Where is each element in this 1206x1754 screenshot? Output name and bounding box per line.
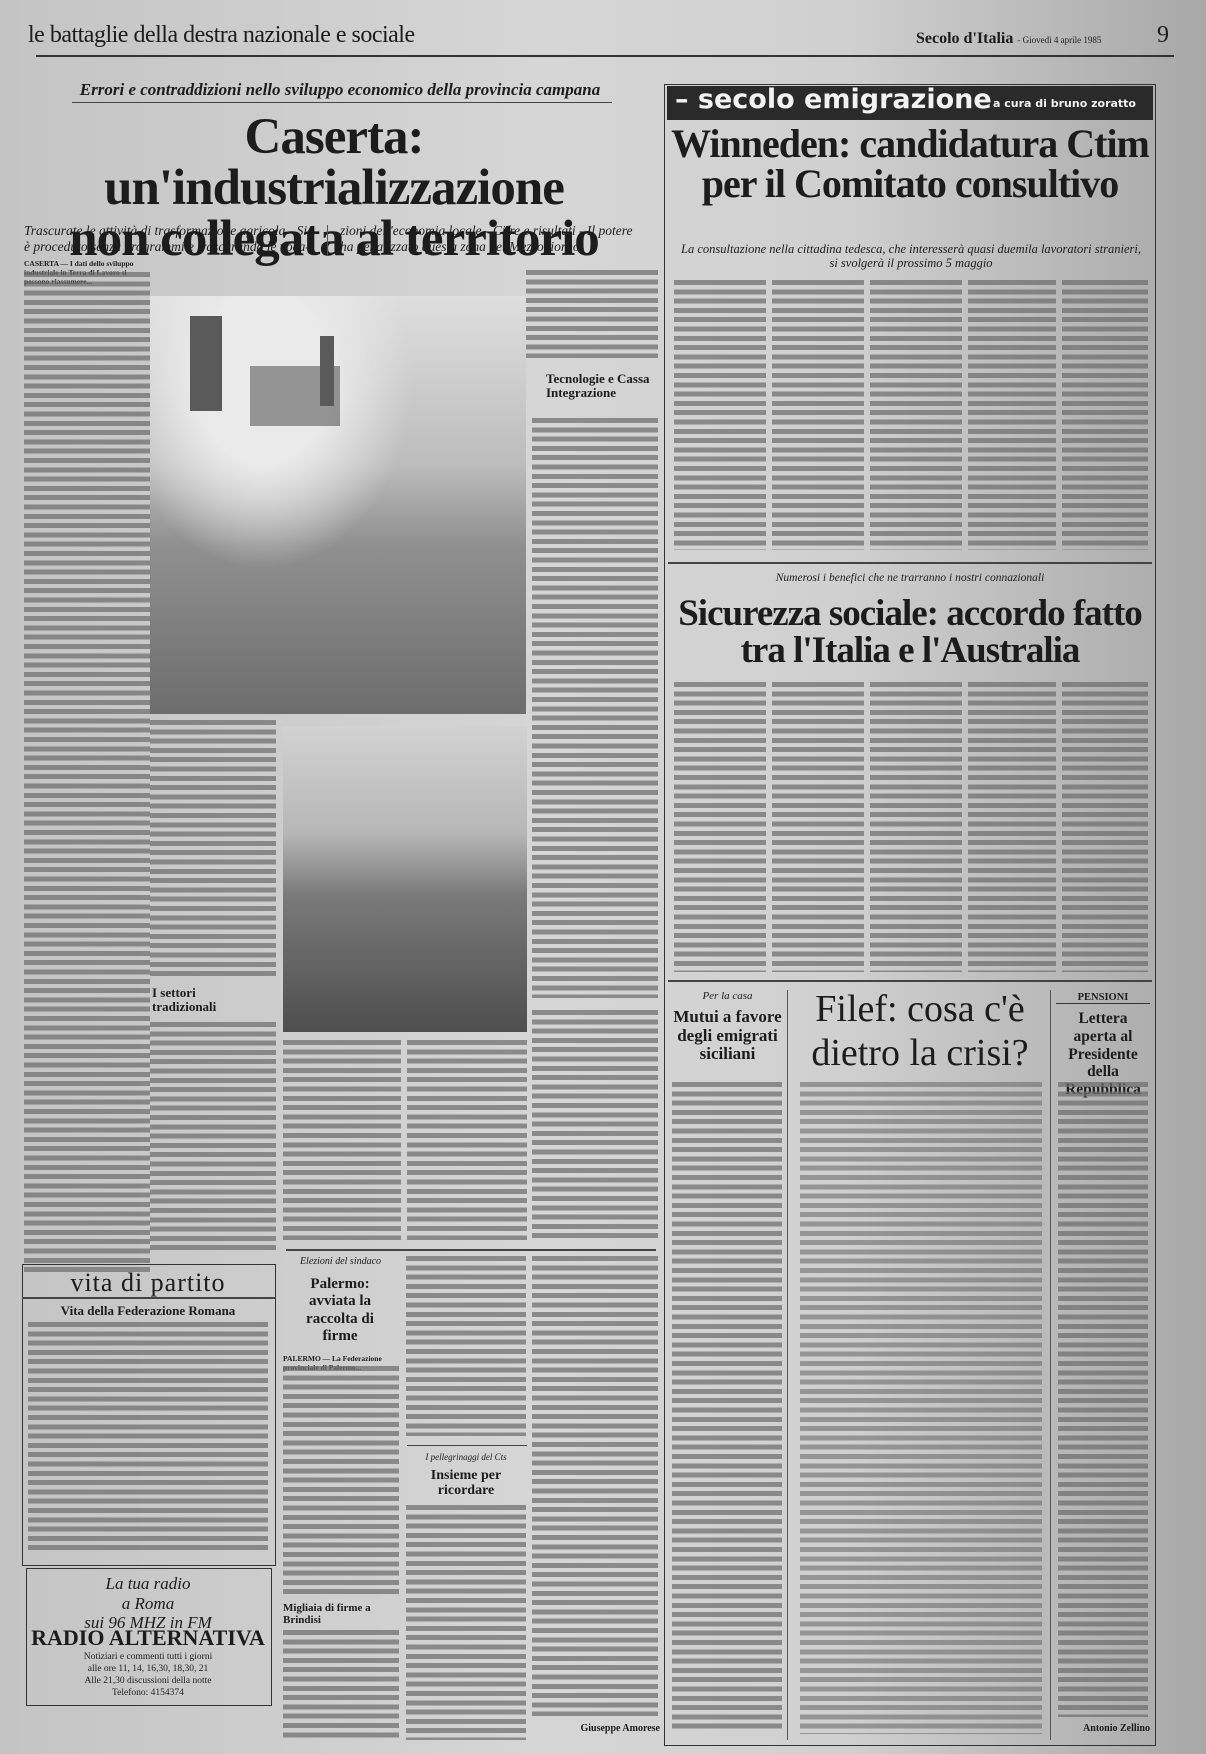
caserta-column-1 (24, 272, 150, 1272)
column-divider (787, 990, 788, 1740)
radio-line1: La tua radio (26, 1574, 270, 1594)
ricordare-column-1 (406, 1505, 526, 1740)
winneden-col-4 (968, 280, 1056, 550)
radio-ad-schedule: Notiziari e commenti tutti i giorni alle… (26, 1652, 270, 1700)
masthead-title: Secolo d'Italia (916, 30, 1013, 47)
palermo-column-1b (283, 1630, 399, 1740)
section-rule (668, 562, 1152, 564)
winneden-col-1 (674, 280, 766, 550)
caserta-column-4-top (526, 270, 658, 358)
filef-headline: Filef: cosa c'è dietro la crisi? (794, 988, 1046, 1075)
palermo-column-2 (406, 1256, 526, 1436)
sicurezza-headline-line1: Sicurezza sociale: accordo fatto (668, 595, 1152, 632)
pensioni-author: Antonio Zellino (1056, 1723, 1150, 1734)
radio-schedule-1: Notiziari e commenti tutti i giorni (26, 1652, 270, 1664)
caserta-end-rule (286, 1249, 656, 1251)
photo-building (250, 366, 340, 426)
filef-headline-line2: dietro la crisi? (794, 1032, 1046, 1076)
winneden-col-3 (870, 280, 962, 550)
palermo-subhead: Migliaia di firme a Brindisi (283, 1602, 399, 1626)
caserta-column-4 (532, 418, 658, 998)
sicurezza-kicker: Numerosi i benefici che ne trarranno i n… (668, 572, 1152, 584)
mutui-headline: Mutui a favore degli emigrati siciliani (670, 1008, 785, 1064)
sicurezza-col-4 (968, 682, 1056, 972)
pensioni-column (1058, 1082, 1148, 1717)
newspaper-page: le battaglie della destra nazionale e so… (0, 0, 1206, 1754)
caserta-standfirst-left: Trascurate le attività di trasformazione… (24, 223, 314, 254)
vita-section-title: Vita della Federazione Romana (22, 1303, 274, 1319)
ricordare-column-2 (532, 1256, 658, 1716)
vita-di-partito-title: vita di partito (22, 1268, 274, 1298)
caserta-standfirst-right: zioni dell'economia locale - Cifre e ris… (340, 223, 640, 254)
radio-phone: Telefono: 4154374 (26, 1688, 270, 1700)
sicurezza-col-2 (772, 682, 864, 972)
palermo-column-1 (283, 1366, 399, 1596)
banner-credit: a cura di bruno zoratto (993, 97, 1136, 110)
mutui-column (672, 1082, 782, 1732)
winneden-headline: Winneden: candidatura Ctim per il Comita… (668, 124, 1152, 204)
winneden-col-5 (1062, 280, 1148, 550)
running-head: le battaglie della destra nazionale e so… (28, 22, 415, 49)
caserta-column-2b (150, 1022, 276, 1252)
winneden-col-2 (772, 280, 864, 550)
subhead-tecnologie: Tecnologie e Cassa Integrazione (546, 372, 656, 401)
kicker-rule (72, 102, 612, 103)
header-rule (36, 55, 1174, 57)
ricordare-kicker: I pellegrinaggi del Cts (406, 1452, 526, 1462)
ricordare-headline: Insieme per ricordare (406, 1468, 526, 1499)
caserta-kicker: Errori e contraddizioni nello sviluppo e… (40, 80, 640, 100)
cathedral-photo (150, 296, 526, 714)
winneden-standfirst: La consultazione nella cittadina tedesca… (676, 242, 1146, 271)
sicurezza-col-1 (674, 682, 766, 972)
filef-headline-line1: Filef: cosa c'è (794, 988, 1046, 1032)
standfirst-divider (327, 225, 328, 255)
pensioni-label: PENSIONI (1056, 992, 1150, 1004)
radio-ad-slogan: La tua radio a Roma sui 96 MHZ in FM (26, 1574, 270, 1633)
section-rule-2 (668, 980, 1152, 982)
subhead-settori: I settori tradizionali (152, 986, 262, 1015)
winneden-headline-line1: Winneden: candidatura Ctim (668, 124, 1152, 164)
vita-title-rule (22, 1297, 276, 1299)
sicurezza-headline-line2: tra l'Italia e l'Australia (668, 632, 1152, 669)
emigrazione-banner: – secolo emigrazione a cura di bruno zor… (667, 86, 1153, 120)
caserta-column-5 (532, 1010, 658, 1240)
sicurezza-headline: Sicurezza sociale: accordo fatto tra l'I… (668, 595, 1152, 669)
radio-ad-name: RADIO ALTERNATIVA (26, 1625, 270, 1651)
fields-photo (283, 726, 527, 1032)
page-number: 9 (1157, 22, 1169, 49)
ricordare-author: Giuseppe Amorese (560, 1723, 660, 1734)
caserta-column-2 (150, 720, 276, 980)
filef-body (800, 1082, 1042, 1734)
mutui-kicker: Per la casa (670, 990, 785, 1002)
radio-schedule-3: Alle 21,30 discussioni della notte (26, 1676, 270, 1688)
sicurezza-col-5 (1062, 682, 1148, 972)
radio-schedule-2: alle ore 11, 14, 16,30, 18,30, 21 (26, 1664, 270, 1676)
masthead: Secolo d'Italia - Giovedì 4 aprile 1985 (916, 30, 1101, 48)
winneden-headline-line2: per il Comitato consultivo (668, 164, 1152, 204)
caserta-column-3 (283, 1040, 401, 1240)
photo-tower (190, 316, 222, 411)
banner-title: – secolo emigrazione (675, 84, 992, 115)
ricordare-rule (407, 1445, 527, 1446)
column-divider (1050, 990, 1051, 1740)
palermo-kicker: Elezioni del sindaco (283, 1256, 398, 1267)
caserta-column-3b (407, 1040, 527, 1240)
palermo-headline: Palermo: avviata la raccolta di firme (290, 1276, 390, 1345)
vita-items-text (28, 1322, 268, 1554)
sicurezza-col-3 (870, 682, 962, 972)
caserta-headline-line1: Caserta: un'industrializzazione (28, 112, 640, 214)
masthead-date: - Giovedì 4 aprile 1985 (1017, 35, 1101, 45)
radio-line2: a Roma (26, 1594, 270, 1614)
